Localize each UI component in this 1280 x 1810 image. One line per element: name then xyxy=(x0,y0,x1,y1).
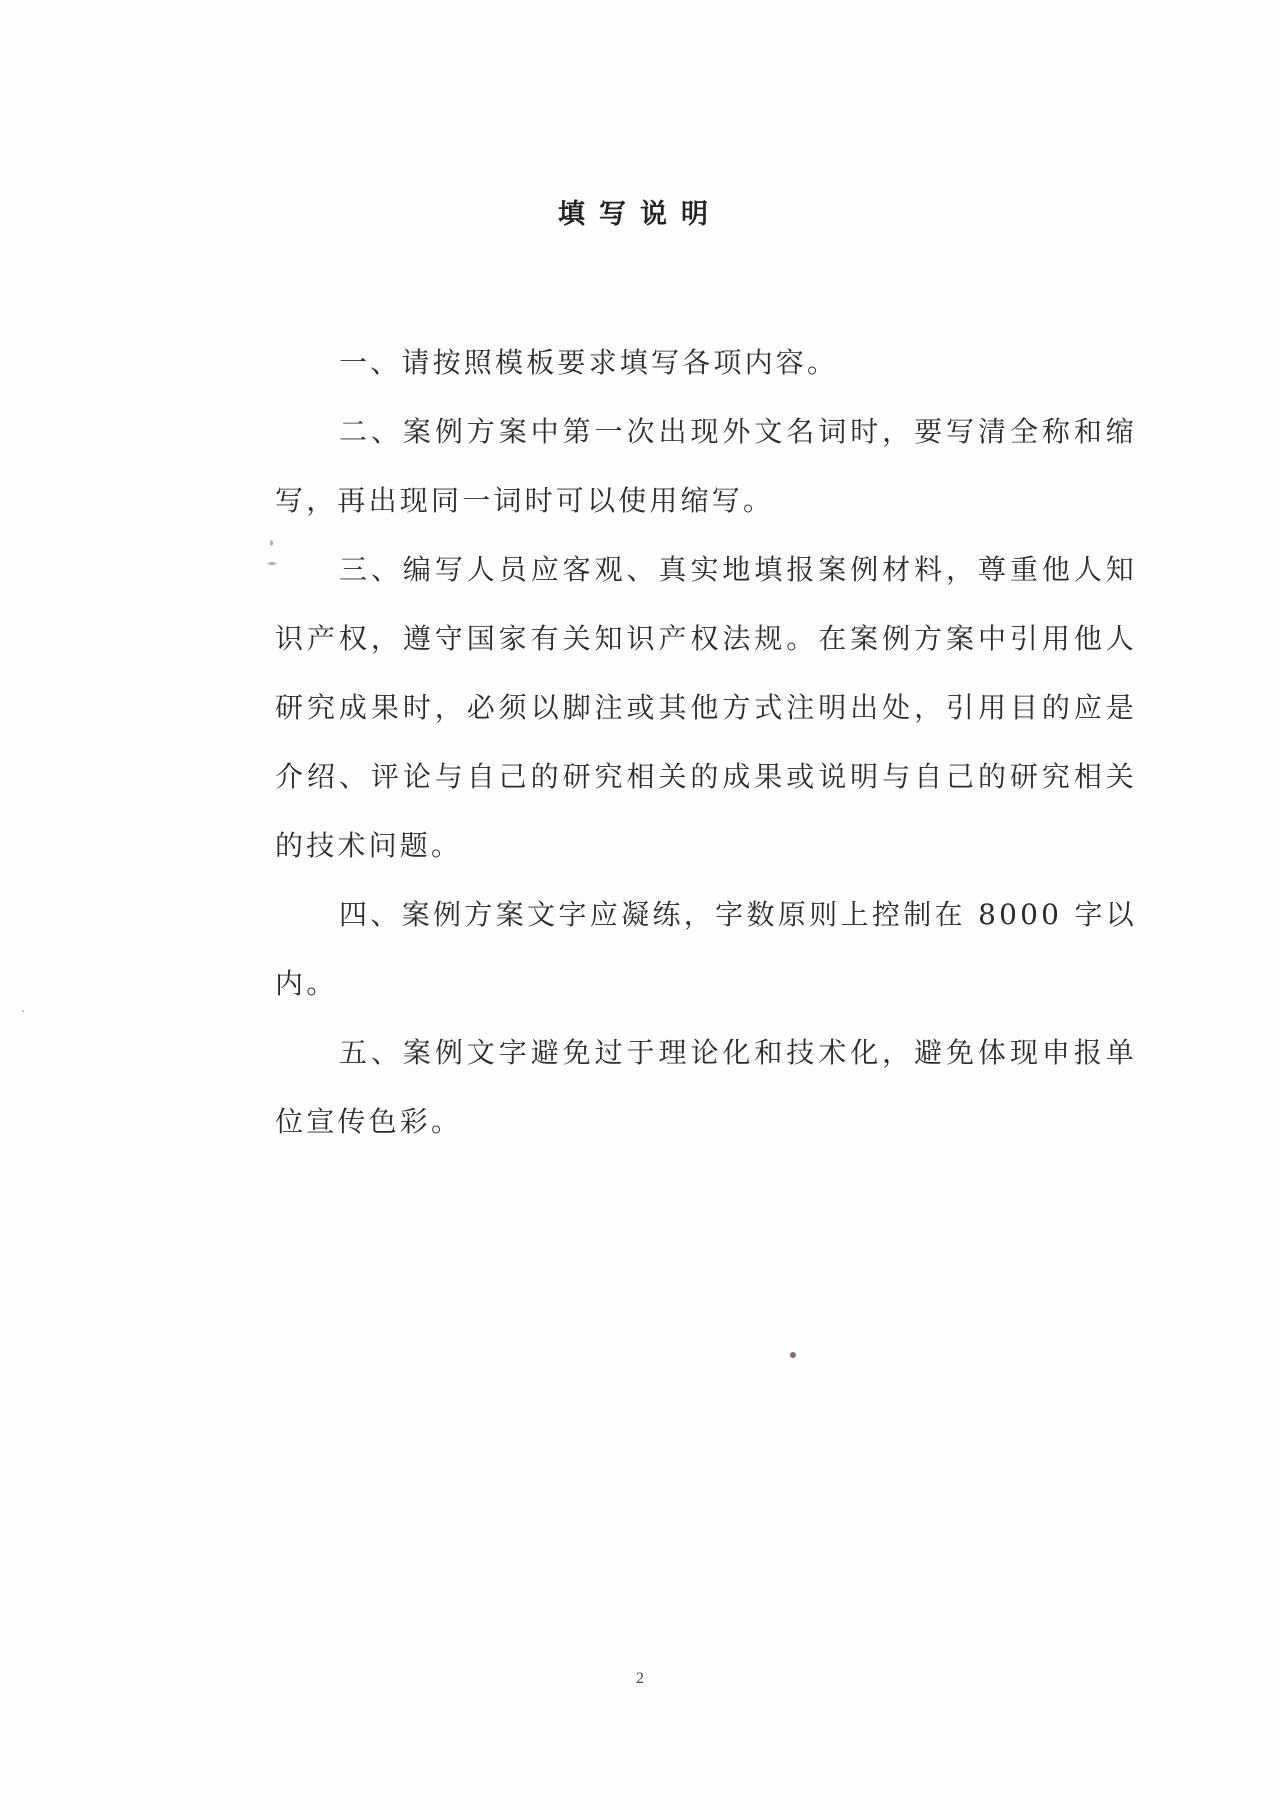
document-page: 填写说明 一、请按照模板要求填写各项内容。 二、案例方案中第一次出现外文名词时，… xyxy=(0,0,1280,1810)
instruction-paragraph-3: 三、编写人员应客观、真实地填报案例材料，尊重他人知识产权，遵守国家有关知识产权法… xyxy=(275,535,1137,880)
instruction-paragraph-1: 一、请按照模板要求填写各项内容。 xyxy=(275,328,1137,397)
instructions-body: 一、请按照模板要求填写各项内容。 二、案例方案中第一次出现外文名词时，要写清全称… xyxy=(275,328,1137,1156)
scan-speck xyxy=(268,562,276,565)
instruction-paragraph-2: 二、案例方案中第一次出现外文名词时，要写清全称和缩写，再出现同一词时可以使用缩写… xyxy=(275,397,1137,535)
page-number: 2 xyxy=(0,1670,1280,1688)
scan-speck xyxy=(605,1050,608,1053)
scan-speck xyxy=(790,1352,796,1358)
page-title: 填写说明 xyxy=(0,192,1280,231)
scan-speck xyxy=(270,540,273,546)
instruction-paragraph-4: 四、案例方案文字应凝练，字数原则上控制在 8000 字以内。 xyxy=(275,880,1137,1018)
instruction-paragraph-5: 五、案例文字避免过于理论化和技术化，避免体现申报单位宣传色彩。 xyxy=(275,1018,1137,1156)
scan-speck xyxy=(22,1010,24,1012)
